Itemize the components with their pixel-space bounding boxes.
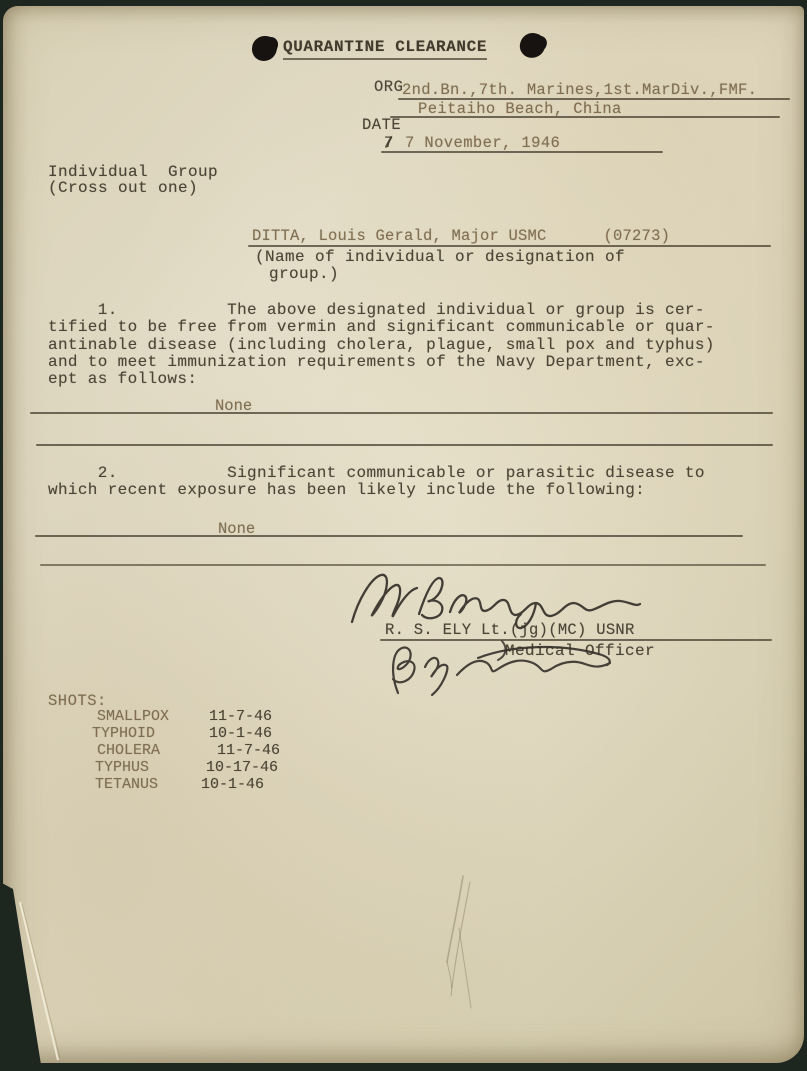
signer-typed-name: R. S. ELY Lt.(jg)(MC) USNR bbox=[385, 621, 635, 639]
shot-vaccine: TYPHOID bbox=[92, 725, 155, 742]
answer-line-2 bbox=[36, 444, 773, 446]
punch-hole-icon bbox=[252, 36, 277, 61]
answer-line-1 bbox=[30, 412, 773, 414]
scanned-document-background: QUARANTINE CLEARANCE ORG 2nd.Bn.,7th. Ma… bbox=[0, 0, 807, 1071]
date-label: DATE bbox=[362, 116, 401, 134]
name-underline bbox=[248, 245, 771, 247]
date-underline bbox=[381, 151, 663, 153]
shot-date: 10-1-46 bbox=[201, 776, 264, 793]
document-title: QUARANTINE CLEARANCE bbox=[283, 38, 487, 60]
shot-date: 11-7-46 bbox=[209, 708, 272, 725]
individual-name: DITTA, Louis Gerald, Major USMC (07273) bbox=[252, 227, 670, 245]
shot-vaccine: TYPHUS bbox=[95, 759, 149, 776]
answer-line-4 bbox=[40, 564, 766, 566]
group-type-line2: (Cross out one) bbox=[48, 179, 198, 197]
shot-date: 10-1-46 bbox=[209, 725, 272, 742]
shot-vaccine: CHOLERA bbox=[97, 742, 160, 759]
paragraph-1: 1. The above designated individual or gr… bbox=[48, 302, 715, 388]
answer-line-3 bbox=[35, 535, 743, 537]
name-caption-line2: group.) bbox=[269, 265, 339, 283]
paragraph-2: 2. Significant communicable or parasitic… bbox=[48, 465, 705, 500]
name-caption-line1: (Name of individual or designation of bbox=[255, 248, 625, 266]
org-value-line1: 2nd.Bn.,7th. Marines,1st.MarDiv.,FMF. bbox=[402, 81, 757, 99]
document-page: QUARANTINE CLEARANCE ORG 2nd.Bn.,7th. Ma… bbox=[3, 6, 804, 1063]
shot-vaccine: TETANUS bbox=[95, 776, 158, 793]
date-value: 7 November, 1946 bbox=[405, 134, 560, 152]
shot-date: 10-17-46 bbox=[206, 759, 278, 776]
shot-date: 11-7-46 bbox=[217, 742, 280, 759]
org-underline-2 bbox=[390, 116, 780, 118]
shot-vaccine: SMALLPOX bbox=[97, 708, 169, 725]
signer-officer-title: Medical Officer bbox=[505, 642, 655, 660]
org-label: ORG bbox=[374, 78, 403, 96]
signature-underline bbox=[380, 639, 772, 641]
punch-hole-icon bbox=[517, 30, 548, 61]
